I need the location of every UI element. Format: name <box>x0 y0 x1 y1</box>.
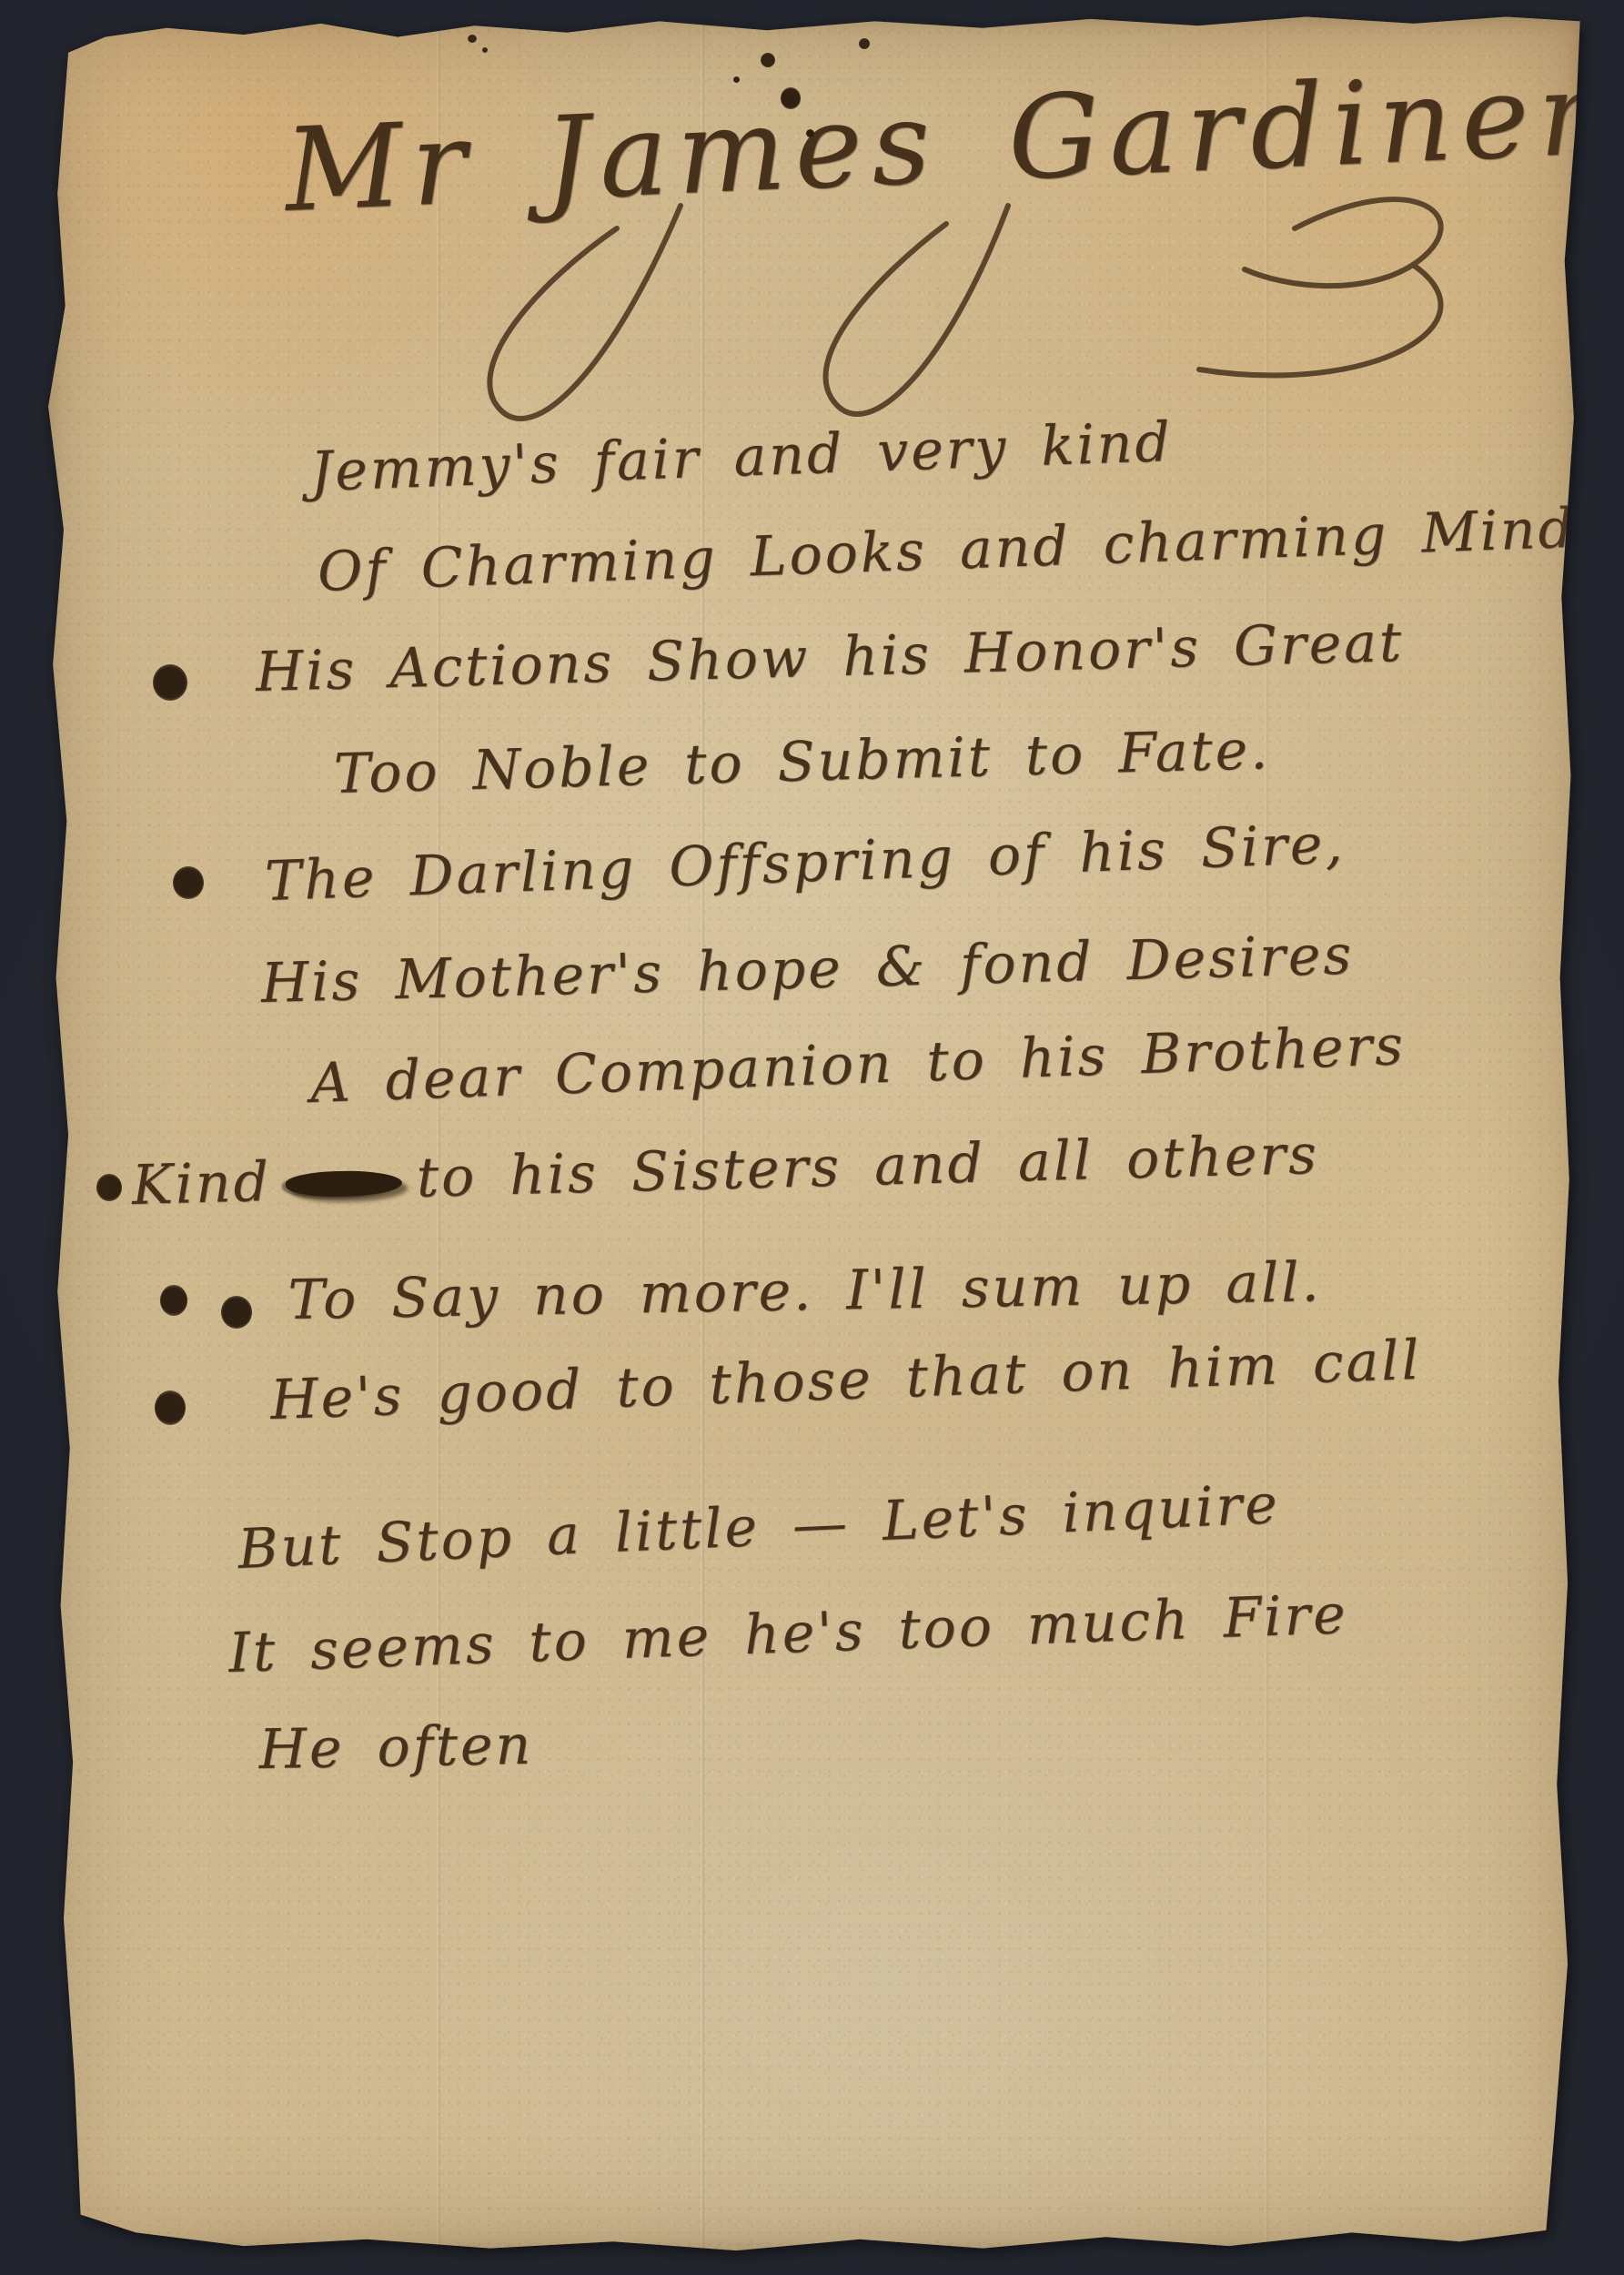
fold-crease-left <box>437 15 440 2255</box>
fold-crease-center <box>701 15 704 2255</box>
poem-line: He's good to those that on him call <box>269 1329 1423 1432</box>
manuscript-page-wrap: Mr James Gardiner Jemmy's fair and very … <box>44 15 1583 2255</box>
ink-blot <box>160 1285 187 1316</box>
paper-grain-texture <box>44 15 1583 2255</box>
poem-line-with-blot: Kindto his Sisters and all others <box>131 1123 1320 1218</box>
photo-background: Mr James Gardiner Jemmy's fair and very … <box>0 0 1624 2275</box>
poem-line: Jemmy's fair and very kind <box>309 410 1174 504</box>
poem-line: A dear Companion to his Brothers <box>309 1014 1407 1116</box>
ink-blot <box>173 866 204 899</box>
poem-line: His Mother's hope & fond Desires <box>260 924 1355 1016</box>
poem-line: He often <box>258 1714 534 1782</box>
poem-line-post-blot: to his Sisters and all others <box>416 1123 1320 1210</box>
ink-blot-strikeout <box>286 1170 403 1198</box>
ink-blot <box>153 664 187 701</box>
poem-line: But Stop a little — Let's inquire <box>237 1472 1281 1582</box>
poem-line: The Darling Offspring of his Sire, <box>264 813 1346 914</box>
poem-line-pre-blot: Kind <box>131 1150 272 1218</box>
poem-line: Of Charming Looks and charming Mind. <box>317 496 1597 604</box>
poem-line: To Say no more. I'll sum up all. <box>287 1250 1322 1332</box>
ink-blot <box>221 1296 252 1329</box>
manuscript-page: Mr James Gardiner Jemmy's fair and very … <box>44 15 1583 2255</box>
ink-spatter <box>859 38 870 49</box>
ink-spatter <box>482 47 488 53</box>
ink-blot <box>155 1390 186 1425</box>
ink-spatter <box>733 76 740 83</box>
paper-edge-vignette <box>44 15 1583 2255</box>
poem-line: Too Noble to Submit to Fate. <box>333 718 1271 806</box>
poem-line: It seems to me he's too much Fire <box>227 1582 1349 1685</box>
ink-blot <box>96 1174 122 1201</box>
blue-pigment-mark <box>839 2269 874 2275</box>
ink-spatter <box>761 53 775 67</box>
poem-line: His Actions Show his Honor's Great <box>255 611 1405 704</box>
ink-spatter <box>468 35 477 43</box>
poem-title: Mr James Gardiner <box>282 46 1605 238</box>
